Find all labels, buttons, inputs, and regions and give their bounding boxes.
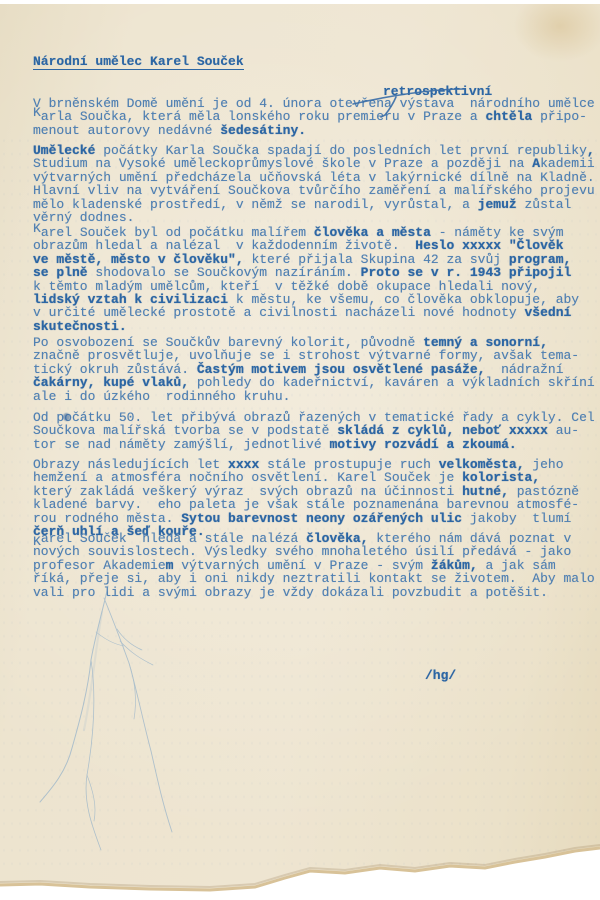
text-line: Obrazy následujících let xxxx stále pros… — [33, 458, 600, 471]
text-line: ve městě, město v člověku", které přijal… — [33, 253, 600, 266]
text-line: Od počátku 50. let přibývá obrazů řazený… — [33, 411, 600, 424]
text-line: tor se nad náměty zamýšlí, jednotlivé mo… — [33, 438, 600, 451]
text-line: vali pro lidi a svými obrazy je vždy dok… — [33, 586, 600, 599]
paragraph: Karel Souček hledá a stále nalézá člověk… — [33, 532, 600, 599]
text-segment: tor se nad náměty zamýšlí, jednotlivé — [33, 437, 329, 452]
text-line: rou rodného města. Sytou barevnost neony… — [33, 512, 600, 525]
text-line: obrazům hledal a nalézal v každodenním ž… — [33, 239, 600, 252]
text-line: Hlavní vliv na vytváření Součkova tvůrčí… — [33, 184, 600, 197]
text-segment: au- — [548, 423, 579, 438]
text-line: se plně shodovalo se Součkovým nazíráním… — [33, 266, 600, 279]
text-line: Po osvobození se Součkův barevný kolorit… — [33, 336, 600, 349]
text-line: věrný dodnes. — [33, 211, 600, 224]
text-segment: jakoby tlumí — [462, 511, 571, 526]
text-line: mělo kladenské prostředí, v němž se naro… — [33, 198, 600, 211]
typist-initials: /hg/ — [425, 668, 456, 683]
text-line: lidský vztah k civilizaci k městu, ke vš… — [33, 293, 600, 306]
text-line: profesor Akademiem výtvarných umění v Pr… — [33, 559, 600, 572]
text-segment: motivy rozvádí a zkoumá. — [329, 437, 516, 452]
text-segment: ale i do úzkého rodinného kruhu. — [33, 389, 290, 404]
ink-blot — [63, 413, 70, 421]
text-line: Studium na Vysoké uměleckoprůmyslové ško… — [33, 157, 600, 170]
text-line: V brněnském Domě umění je od 4. února ot… — [33, 97, 600, 110]
text-line: v určité umělecké prostotě a civilnosti … — [33, 306, 600, 319]
text-line: Součkova malířská tvorba se v podstatě s… — [33, 424, 600, 437]
paper-stain — [495, 0, 600, 76]
text-segment: K — [33, 221, 41, 236]
text-segment: menout autorovy nedávné — [33, 123, 220, 138]
text-line: výtvarných umění předcházela učňovská lé… — [33, 171, 600, 184]
paragraph: Obrazy následujících let xxxx stále pros… — [33, 458, 600, 538]
text-line: tický okruh zůstává. Častým motivem jsou… — [33, 363, 600, 376]
paragraph: Karel Souček byl od počátku malířem člov… — [33, 226, 600, 333]
text-line: nových souvislostech. Výsledky svého mno… — [33, 545, 600, 558]
text-segment: K — [33, 534, 41, 549]
paragraph: Umělecké počátky Karla Součka spadají do… — [33, 144, 600, 224]
text-line: značně prosvětluje, uvolňuje se i stroho… — [33, 349, 600, 362]
text-line: k těmto mladým umělcům, kteří v těžké do… — [33, 280, 600, 293]
text-segment: zůstal — [517, 197, 572, 212]
text-line: kladené barvy. eho paleta je však stále … — [33, 498, 600, 511]
text-segment: šedesátiny. — [220, 123, 306, 138]
paragraph: V brněnském Domě umění je od 4. února ot… — [33, 97, 600, 137]
text-line: čakárny, kupé vlaků, pohledy do kadeřnic… — [33, 376, 600, 389]
text-segment: K — [33, 105, 41, 120]
document-title: Národní umělec Karel Souček — [33, 55, 244, 70]
text-segment: chtěla — [486, 109, 533, 124]
text-segment: vali pro lidi a svými obrazy je vždy dok… — [33, 585, 548, 600]
text-segment: všední — [524, 305, 571, 320]
text-line: Umělecké počátky Karla Součka spadají do… — [33, 144, 600, 157]
paper-sheet — [0, 4, 600, 900]
text-segment: připo- — [532, 109, 587, 124]
text-segment: skutečnosti. — [33, 319, 127, 334]
text-line: říká, přeje si, aby i oni nikdy neztrati… — [33, 572, 600, 585]
paragraph: Po osvobození se Součkův barevný kolorit… — [33, 336, 600, 403]
text-line: menout autorovy nedávné šedesátiny. — [33, 124, 600, 137]
text-line: skutečnosti. — [33, 320, 600, 333]
text-line: který zakládá veškerý výraz svých obrazů… — [33, 485, 600, 498]
text-line: ale i do úzkého rodinného kruhu. — [33, 390, 600, 403]
text-segment: věrný dodnes. — [33, 210, 134, 225]
text-line: hemžení a atmosféra nočního osvětlení. K… — [33, 471, 600, 484]
text-segment: Sytou barevnost neony ozářených ulic — [181, 511, 462, 526]
text-segment: jemuž — [478, 197, 517, 212]
text-line: Karel Souček hledá a stále nalézá člověk… — [33, 532, 600, 545]
paragraph: Od počátku 50. let přibývá obrazů řazený… — [33, 411, 600, 451]
text-line: Karla Součka, která měla lonského roku p… — [33, 110, 600, 123]
